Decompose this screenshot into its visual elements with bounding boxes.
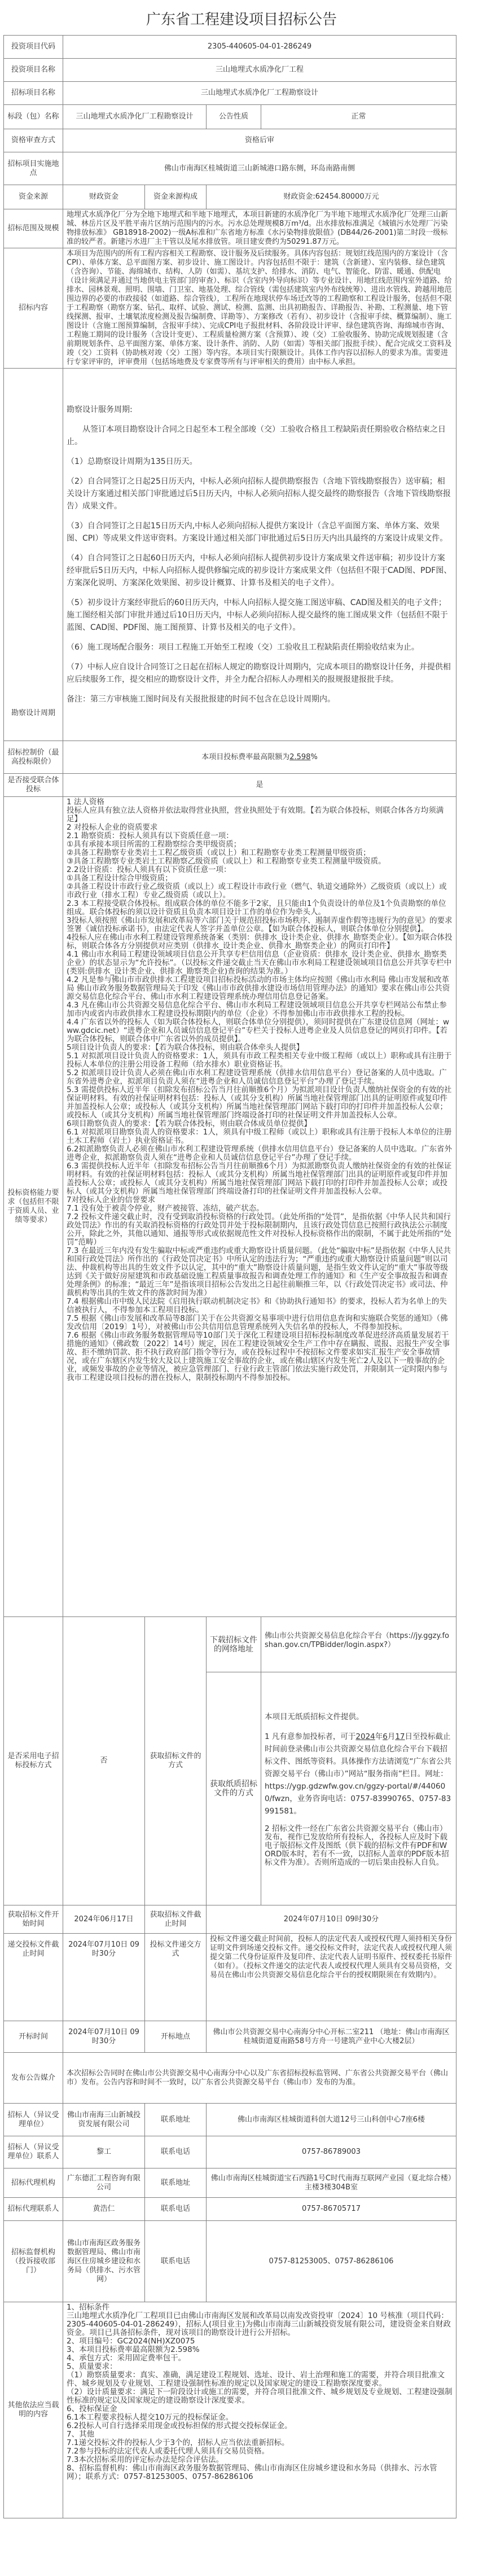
value-tenderer-phone: 0757-86789003: [207, 2136, 456, 2168]
value-paper-method: 本项目无纸质招标文件提供。 1 凡有意参加投标者，可于2024年6月17日至投标…: [261, 1672, 456, 1905]
qual-line: 5.2 拟派项目设计负责人必须在佛山市水利工程建设管理系统（供排水信用信息平台）…: [67, 1069, 453, 1086]
other-line: 7.3本次招标采用的评定标办法是综合评估法。: [67, 2456, 453, 2464]
value-opening-time: 2024年07月10日 09时30分: [63, 2021, 145, 2053]
label-supervisor-phone: 联系电话: [145, 2221, 207, 2302]
label-fund-composition: 资金来源构成: [145, 185, 207, 209]
label-project-name: 投资项目名称: [4, 59, 63, 82]
value-fund-source: 财政资金: [63, 185, 145, 209]
label-e-bidding: 是否采用电子招标投标方式: [4, 1617, 63, 1905]
qual-line: 7对投标人企业的信誉要求: [67, 1196, 453, 1204]
label-download-address: 下载招标文件的网络地址: [207, 1617, 261, 1672]
qual-line: 4.1 佛山市水利局工程建设领域项目信息公开共享专栏信用信息（企业资质：供排水_…: [67, 950, 453, 976]
period-item: （6）施工现场配合服务：项目工程施工开始至工程竣（交）工验收且工程缺陷责任期验收…: [67, 641, 453, 654]
row-fund: 资金来源 财政资金 资金来源构成 财政资金:62454.80000万元: [4, 185, 456, 209]
label-tenderer: 招标人（异议受理单位）: [4, 2104, 63, 2136]
row-content: 招标内容 本项目为范围内的所有工程内容相关工程勘察、设计服务及后续服务。具体内容…: [4, 248, 456, 369]
label-agency-phone: 联系电话: [145, 2198, 207, 2221]
notice-page: 广东省工程建设项目招标公告 投资项目代码 2305-440605-04-01-2…: [0, 0, 483, 2518]
value-consortium: 是: [63, 774, 456, 797]
paper-month: 6: [383, 1732, 388, 1741]
period-intro: 从签订本项目勘察设计合同之日起至本工程全部竣（交）工验收合格且工程缺陷责任期验收…: [67, 423, 453, 448]
other-line: 7.2参与投标的法定代表人或委托代理人须具有交易员资格。: [67, 2447, 453, 2456]
label-opening-time: 开标时间: [4, 2021, 63, 2053]
label-notice-nature: 公告性质: [207, 105, 261, 129]
label-consortium: 是否接受联合体投标: [4, 774, 63, 797]
qual-line: ②具备工程设计市政行业乙级资质（或以上）或工程设计市政行业（燃气、轨道交通除外）…: [67, 883, 453, 900]
qual-line: 6项目勘察负责人的要求：【若为联合体投标，则由联合体成员单位提供】: [67, 1120, 453, 1128]
period-item: （4）自合同签订之日起60日历天内，中标人必须向招标人提供初步设计方案成果文件送…: [67, 552, 453, 589]
qual-line: 2 对投标人企业的资质要求: [67, 823, 453, 832]
row-project-name: 投资项目名称 三山地埋式水质净化厂工程: [4, 59, 456, 82]
other-line: 6.2投标人可自行选择采用现金或投标担保的形式提交投标保证金。: [67, 2422, 453, 2430]
value-media: 本次招标公告同时在佛山市公共资源交易中心南海分中心以及广东省招标投标监管网、广东…: [63, 2053, 456, 2104]
value-doc-end: 2024年07月10日 09时30分: [207, 1905, 456, 1934]
qual-line: 5项目设计负责人的要求：【若为联合体投标，则由联合体牵头人提供】: [67, 1044, 453, 1052]
label-doc-end: 获取招标文件截止时间: [145, 1905, 207, 1934]
label-supervisor: 招标监督机构（投诉接收部门）: [4, 2221, 63, 2302]
qual-line: 3投标人须按照《佛山市发展和改革局等六部门关于规范招投标市场秩序、遏制弄虚作假等…: [67, 917, 453, 934]
qual-line: 7.4 根据佛山市中级人民法院《启用执行联动机制决定书》和《协助执行通知书》的要…: [67, 1298, 453, 1315]
value-submission-method: 投标文件递交截止时间前，投标人的法定代表人或授权代理人须持相关身份证明文件到场递…: [207, 1934, 456, 2021]
paper-item-1: 1 凡有意参加投标者，可于2024年6月17日至投标截止时间前登录佛山市公共资源…: [265, 1731, 453, 1780]
row-submission: 递交投标文件截止时间 2024年07月10日 09时30分 投标文件递交方式 投…: [4, 1934, 456, 2021]
label-fund-source: 资金来源: [4, 185, 63, 209]
qual-line: ③具备工程勘察专业类岩土工程勘察乙级资质（或以上）和工程勘察专业类工程测量甲级资…: [67, 857, 453, 866]
paper-intro: 本项目无纸质招标文件提供。: [265, 1711, 453, 1723]
row-doc-time: 获取招标文件开始时间 2024年06月17日 获取招标文件截止时间 2024年0…: [4, 1905, 456, 1934]
notice-table: 投资项目代码 2305-440605-04-01-286249 投资项目名称 三…: [3, 35, 456, 2518]
label-scope: 招标范围及规模: [4, 209, 63, 248]
row-qualification-review: 资格审查方式 资格后审: [4, 129, 456, 152]
value-project-name: 三山地埋式水质净化厂工程: [63, 59, 456, 82]
period-note: 备注：第三方审核施工图时间及有关报批报建的时间不包含在总设计周期内。: [67, 693, 453, 706]
label-tenderer-address: 联系地址: [145, 2104, 207, 2136]
label-paper-method: 获取纸质招标文件的方式: [207, 1672, 261, 1905]
qual-line: ②具备工程勘察专业类岩土工程乙级资质（或以上）和工程勘察专业类工程测量甲级资质；: [67, 849, 453, 857]
label-project-code: 投资项目代码: [4, 36, 63, 59]
value-section: 三山地埋式水质净化厂工程勘察设计: [63, 105, 207, 129]
label-content: 招标内容: [4, 248, 63, 369]
value-control-price: 本项目投标费率最高限额为2.598%: [63, 741, 456, 774]
value-scope: 地埋式水质净化厂分为全地下地埋式和半地下地埋式，本项目新建的水质净化厂为半地下地…: [63, 209, 456, 248]
other-line: 3、本项目投标费率最高限额为2.598%: [67, 2346, 453, 2354]
label-submission-method: 投标文件递交方式: [145, 1934, 207, 2021]
other-line: 7.1递交投标文件的投标人少于3个的，招标人应当依法重新招标。: [67, 2439, 453, 2447]
label-qualification-review: 资格审查方式: [4, 129, 63, 152]
row-project-code: 投资项目代码 2305-440605-04-01-286249: [4, 36, 456, 59]
qual-line: 投标人应具有独立法人资格并依法取得营业执照，营业执照处于有效期。【若为联合体投标…: [67, 807, 453, 823]
row-tender-project-name: 招标项目名称 三山地埋式水质净化厂工程勘察设计: [4, 82, 456, 105]
control-price-rate: 2.598: [289, 753, 310, 761]
qual-line: 2.3 本工程接受联合体投标。组成联合体的单位不能多于2家，且只能由1个负责设计…: [67, 900, 453, 917]
value-agency-contact: 黄浩仁: [63, 2198, 145, 2221]
label-control-price: 招标控制价（最高投标限价）: [4, 741, 63, 774]
control-price-prefix: 本项目投标费率最高限额为: [201, 753, 289, 761]
value-tenderer-address: 佛山市南海区桂城街道科创大道12号三山科创中心7座6楼: [207, 2104, 456, 2136]
value-other: 1、招标条件 三山地埋式水质净化厂工程项目已由佛山市南海区发展和改革局以南发改资…: [63, 2302, 456, 2518]
qual-line: 7.6 根据《佛山市政务服务数据管理局等10部门关于深化工程建设项目招标投标制度…: [67, 1331, 453, 1382]
label-other: 其他依法应当载明的内容: [4, 2302, 63, 2518]
value-agency: 广东德汇工程咨询有限公司: [63, 2168, 145, 2198]
period-item: （2）自合同签订之日起25日历天内，中标人必须向招标人提供勘察报告（含地下管线勘…: [67, 475, 453, 512]
qual-line: ①具有承接本项目所需的工程勘察综合类甲级资质；: [67, 840, 453, 849]
period-heading: 勘察设计服务周期:: [67, 404, 453, 416]
row-agency: 招标代理机构 广东德汇工程咨询有限公司 联系地址 佛山市南海区桂城街道宝石西路1…: [4, 2168, 456, 2198]
control-price-suffix: %: [310, 753, 317, 761]
other-line: （1）勘察质量要求：真实、准确，满足建设工程规划、选址、设计、岩土治理和施工的需…: [67, 2371, 453, 2388]
qual-line: 5.3 需提供投标人近半年（扣除发布招标公告当月往前顺推6个月）为拟派项目设计负…: [67, 1086, 453, 1120]
label-doc-start: 获取招标文件开始时间: [4, 1905, 63, 1934]
other-line: 5、质量要求：: [67, 2363, 453, 2371]
label-section: 标段（包）名称: [4, 105, 63, 129]
row-other: 其他依法应当载明的内容 1、招标条件 三山地埋式水质净化厂工程项目已由佛山市南海…: [4, 2302, 456, 2518]
other-line: 6.1本工程要求投标人提交10万元的投标保证金。: [67, 2413, 453, 2422]
value-tender-project-name: 三山地埋式水质净化厂工程勘察设计: [63, 82, 456, 105]
value-doc-start: 2024年06月17日: [63, 1905, 145, 1934]
value-agency-address: 佛山市南海区桂城街道宝石西路1号C时代南海互联网产业园（夏北综合楼）主楼3楼30…: [207, 2168, 456, 2198]
row-consortium: 是否接受联合体投标 是: [4, 774, 456, 797]
qual-line: 6.2拟派勘察负责人必须在佛山市水利工程建设管理系统（供排水信用信息平台）登记备…: [67, 1145, 453, 1162]
value-qualification: 1 法人资格 投标人应具有独立法人资格并依法取得营业执照，营业执照处于有效期。【…: [63, 797, 456, 1617]
other-line: 8、招标监督机构：佛山市南海区政务服务数据管理局、佛山市南海区住房城乡建设和水务…: [67, 2464, 453, 2481]
other-line: 7、其他: [67, 2430, 453, 2439]
row-period: 勘察设计周期 勘察设计服务周期: 从签订本项目勘察设计合同之日起至本工程全部竣（…: [4, 369, 456, 741]
value-qualification-review: 资格后审: [63, 129, 456, 152]
other-line: （2）设计质量要求：满足下一阶段设计或施工的需要，并符合项目批准文件、城乡规划及…: [67, 2388, 453, 2405]
qual-line: 5.1 对拟派项目设计负责人的资格要求：1人，须具有市政工程类相关专业中级工程师…: [67, 1052, 453, 1069]
page-title: 广东省工程建设项目招标公告: [0, 0, 483, 35]
qual-line: 4.4 广东省以外的投标人（如为联合体投标人，则联合体单位分别提供），须同时提供…: [67, 1018, 453, 1044]
other-line: 4、承包方式：采用固定费率包干。: [67, 2354, 453, 2363]
qual-line: 4.2 凡是参与佛山市市政供排水工程建设项目招标投标活动的市场主体均应按照《佛山…: [67, 976, 453, 1001]
value-agency-phone: 0757-86705717: [207, 2198, 456, 2221]
qual-line: ①具备工程设计综合甲级资质；: [67, 874, 453, 883]
qual-line: 7.1 没有处于被责令停业，财产被接管、冻结，破产状态。: [67, 1204, 453, 1213]
paper-url[interactable]: https://ygp.gdzwfw.gov.cn/ggzy-portal/#/…: [265, 1780, 453, 1817]
period-item: （1）总勘察设计周期为135日历天。: [67, 455, 453, 468]
row-media: 发布公告媒介 本次招标公告同时在佛山市公共资源交易中心南海分中心以及广东省招标投…: [4, 2053, 456, 2104]
label-period: 勘察设计周期: [4, 369, 63, 741]
value-period: 勘察设计服务周期: 从签订本项目勘察设计合同之日起至本工程全部竣（交）工验收合格…: [63, 369, 456, 741]
value-supervisor: 佛山市南海区政务服务数据管理局、佛山市南海区住房城乡建设和水务局（供排水、污水管…: [63, 2221, 145, 2302]
value-download-address[interactable]: 佛山市公共资源交易信息化综合平台（https://jy.ggzy.foshan.…: [261, 1617, 456, 1672]
other-line: 三山地埋式水质净化厂工程项目已由佛山市南海区发展和改革局以南发改资投审〔2024…: [67, 2312, 453, 2337]
row-supervisor: 招标监督机构（投诉接收部门） 佛山市南海区政务服务数据管理局、佛山市南海区住房城…: [4, 2221, 456, 2302]
paper-item-1-pre: 1 凡有意参加投标者，可于: [265, 1732, 355, 1741]
qual-line: 7.5 根据《佛山市发展和改革局等8部门关于在公共资源交易事项中进行信用信息查询…: [67, 1315, 453, 1331]
paper-year: 2024: [355, 1732, 375, 1741]
value-fund-composition: 财政资金:62454.80000万元: [207, 185, 456, 209]
other-line: 2、项目编号：GC2024(NH)XZ0075: [67, 2337, 453, 2346]
label-tenderer-contact: 招标人（异议受理单位）联系人: [4, 2136, 63, 2168]
row-qualification: 投标资格能力要求（包括但不限于资质人员、业绩等要求） 1 法人资格 投标人应具有…: [4, 797, 456, 1617]
other-line: 6、投标保证金: [67, 2405, 453, 2413]
label-location: 招标项目实施地点: [4, 152, 63, 185]
label-submission-deadline: 递交投标文件截止时间: [4, 1934, 63, 2021]
row-scope: 招标范围及规模 地埋式水质净化厂分为全地下地埋式和半地下地埋式，本项目新建的水质…: [4, 209, 456, 248]
qual-line: 2.2设计资质：投标人须具有以下资质任意一项：: [67, 866, 453, 874]
value-content: 本项目为范围内的所有工程内容相关工程勘察、设计服务及后续服务。具体内容包括：规划…: [63, 248, 456, 369]
value-opening-place: 佛山市公共资源交易中心南海分中心开标二室211 （地址：佛山市南海区桂城街道夏南…: [207, 2021, 456, 2053]
value-e-bidding: 否: [63, 1617, 145, 1905]
value-submission-deadline: 2024年07月10日 09时30分: [63, 1934, 145, 2021]
value-tenderer-contact: 黎工: [63, 2136, 145, 2168]
value-notice-nature: 正常: [261, 105, 456, 129]
label-agency-contact: 招标代理联系人: [4, 2198, 63, 2221]
row-section: 标段（包）名称 三山地埋式水质净化厂工程勘察设计 公告性质 正常: [4, 105, 456, 129]
other-line: 1、招标条件: [67, 2303, 453, 2312]
paper-day: 17: [395, 1732, 405, 1741]
qual-line: 4投标人应在佛山市水利工程建设管理系统备案（类别：供排水_设计类企业、供排水_勘…: [67, 934, 453, 950]
row-control-price: 招标控制价（最高投标限价） 本项目投标费率最高限额为2.598%: [4, 741, 456, 774]
label-agency-address: 联系地址: [145, 2168, 207, 2198]
qual-line: 7.3 在最近三年内没有发生骗取中标或严重违约或重大勘察设计质量问题。（此处“骗…: [67, 1247, 453, 1298]
period-item: （5）初步设计方案经审批后的60日历天内，中标人向招标人提交施工图送审稿、CAD…: [67, 597, 453, 634]
qual-line: 4.3 凡在佛山市公共资源交易信息化综合平台、佛山市水利局工程建设领域项目信息公…: [67, 1001, 453, 1018]
paper-item-2: 2 招标文件一经在广东省公共资源交易平台（佛山市）发布，视作已发放给所有投标人，…: [265, 1825, 453, 1867]
label-qualification: 投标资格能力要求（包括但不限于资质人员、业绩等要求）: [4, 797, 63, 1617]
row-agency-contact: 招标代理联系人 黄浩仁 联系电话 0757-86705717: [4, 2198, 456, 2221]
value-supervisor-phone: 0757-81253005、0757-86286106: [207, 2221, 456, 2302]
period-item: （7）中标人应自设计合同签订之日起在招标人规定的勘察设计周期内，完成本项目的勘察…: [67, 661, 453, 686]
label-agency: 招标代理机构: [4, 2168, 63, 2198]
qual-line: 2.1 勘察资质：投标人须具有以下资质任意一项：: [67, 832, 453, 840]
row-tenderer-contact: 招标人（异议受理单位）联系人 黎工 联系电话 0757-86789003: [4, 2136, 456, 2168]
value-location: 佛山市南海区桂城街道三山新城港口路东侧，环岛南路南侧: [63, 152, 456, 185]
period-item: （3）自合同签订之日起15日历天内,中标人必须向招标人提供方案设计（含总平面图方…: [67, 520, 453, 545]
row-location: 招标项目实施地点 佛山市南海区桂城街道三山新城港口路东侧，环岛南路南侧: [4, 152, 456, 185]
qual-line: 6.1 对拟派项目勘察负责人的资格要求：1人，须具有中级工程师（或以上）职称或具…: [67, 1128, 453, 1145]
value-tenderer: 佛山市南海三山新城投资发展有限公司: [63, 2104, 145, 2136]
value-project-code: 2305-440605-04-01-286249: [63, 36, 456, 59]
row-opening: 开标时间 2024年07月10日 09时30分 开标地点 佛山市公共资源交易中心…: [4, 2021, 456, 2053]
label-tender-project-name: 招标项目名称: [4, 82, 63, 105]
row-tenderer: 招标人（异议受理单位） 佛山市南海三山新城投资发展有限公司 联系地址 佛山市南海…: [4, 2104, 456, 2136]
row-e-bidding-download: 是否采用电子招标投标方式 否 获取招标文件的方式 下载招标文件的网络地址 佛山市…: [4, 1617, 456, 1672]
label-opening-place: 开标地点: [145, 2021, 207, 2053]
qual-line: 6.3 需提供投标人近半年（扣除发布招标公告当月往前顺推6个月）为拟派勘察负责人…: [67, 1162, 453, 1196]
qual-line: 7.2 投标文件递交截止时，没有受到取消投标资格的行政处罚。（此处所指的“处罚”…: [67, 1213, 453, 1247]
qual-line: 1 法人资格: [67, 798, 453, 807]
label-tenderer-phone: 联系电话: [145, 2136, 207, 2168]
label-obtain-method: 获取招标文件的方式: [145, 1617, 207, 1905]
label-media: 发布公告媒介: [4, 2053, 63, 2104]
